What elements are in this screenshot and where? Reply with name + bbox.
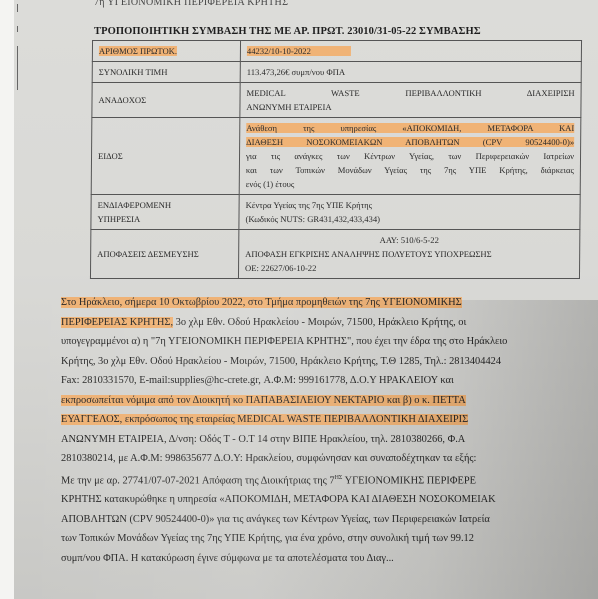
body-line: ΕΥΑΓΓΕΛΟΣ, εκπρόσωπος της εταιρείας MEDI… <box>61 410 598 430</box>
margin-marks <box>17 4 18 104</box>
body-line: Fax: 2810331570, E-mail:supplies@hc-cret… <box>61 371 598 391</box>
table-row-contractor: ΑΝΑΔΟΧΟΣ MEDICAL WASTE ΠΕΡΙΒΑΛΛΟΝΤΙΚΗ ΔΙ… <box>92 83 581 118</box>
body-line: ΑΝΩΝΥΜΗ ΕΤΑΙΡΕΙΑ, Δ/νση: Οδός Τ - Ο.Τ 14… <box>61 430 598 450</box>
body-line: Στο Ηράκλειο, σήμερα 10 Οκτωβρίου 2022, … <box>61 293 598 313</box>
body-line: υπογεγραμμένοι α) η "7η ΥΓΕΙΟΝΟΜΙΚΗ ΠΕΡΙ… <box>61 332 598 352</box>
contractor-value: MEDICAL WASTE ΠΕΡΙΒΑΛΛΟΝΤΙΚΗ ΔΙΑΧΕΙΡΙΣΗ … <box>240 83 581 118</box>
commitment-value: ΑΑΥ: 510/6-5-22 ΑΠΟΦΑΣΗ ΕΓΚΡΙΣΗΣ ΑΝΑΛΗΨΗ… <box>238 230 579 279</box>
total-price-value: 113.473,26€ συμπ/νου ΦΠΑ <box>240 62 581 83</box>
item-value: Ανάθεση της υπηρεσίας «ΑΠΟΚΟΜΙΔΗ, ΜΕΤΑΦΟ… <box>239 118 581 195</box>
item-label: ΕΙΔΟΣ <box>91 118 240 195</box>
contract-body: Στο Ηράκλειο, σήμερα 10 Οκτωβρίου 2022, … <box>61 293 598 568</box>
table-row-commitment-decisions: ΑΠΟΦΑΣΕΙΣ ΔΕΣΜΕΥΣΗΣ ΑΑΥ: 510/6-5-22 ΑΠΟΦ… <box>90 230 579 279</box>
body-line: συμπ/νου ΦΠΑ. Η κατακύρωση έγινε σύμφωνα… <box>61 549 598 569</box>
body-line: Κρήτης, 3ο χλμ Εθν. Οδού Ηρακλείου - Μοι… <box>61 352 598 372</box>
commitment-label: ΑΠΟΦΑΣΕΙΣ ΔΕΣΜΕΥΣΗΣ <box>90 230 238 279</box>
body-line: ΠΕΡΙΦΕΡΕΙΑΣ ΚΡΗΤΗΣ, 3ο χλμ Εθν. Οδού Ηρα… <box>61 313 598 333</box>
contract-summary-table: ΑΡΙΘΜΟΣ ΠΡΩΤΟΚ. 44232/10-10-2022 ΣΥΝΟΛΙΚ… <box>90 40 582 279</box>
contractor-label: ΑΝΑΔΟΧΟΣ <box>92 83 240 118</box>
protocol-value: 44232/10-10-2022 <box>240 41 581 62</box>
table-row-total-price: ΣΥΝΟΛΙΚΗ ΤΙΜΗ 113.473,26€ συμπ/νου ΦΠΑ <box>92 62 581 83</box>
body-line: 2810380214, με Α.Φ.Μ: 998635677 Δ.Ο.Υ: Η… <box>61 449 598 469</box>
body-line: εκπροσωπείται νόμιμα από τον Διοικητή κο… <box>61 391 598 411</box>
body-line: ΑΠΟΒΛΗΤΩΝ (CPV 90524400-0)» για τις ανάγ… <box>61 510 598 530</box>
table-row-protocol-number: ΑΡΙΘΜΟΣ ΠΡΩΤΟΚ. 44232/10-10-2022 <box>92 41 581 62</box>
table-row-item: ΕΙΔΟΣ Ανάθεση της υπηρεσίας «ΑΠΟΚΟΜΙΔΗ, … <box>91 118 581 195</box>
body-line: Με την με αρ. 27741/07-07-2021 Απόφαση τ… <box>61 469 598 491</box>
table-row-service: ΕΝΔΙΑΦΕΡΟΜΕΝΗ ΥΠΗΡΕΣΙΑ Κέντρα Υγείας της… <box>91 195 580 230</box>
header-authority: 7η ΥΓΕΙΟΝΟΜΙΚΗ ΠΕΡΙΦΕΡΕΙΑ ΚΡΗΤΗΣ <box>94 0 288 8</box>
body-line: των Τοπικών Μονάδων Υγείας της 7ης ΥΠΕ Κ… <box>61 529 598 549</box>
service-label: ΕΝΔΙΑΦΕΡΟΜΕΝΗ ΥΠΗΡΕΣΙΑ <box>91 195 239 230</box>
body-line: ΚΡΗΤΗΣ κατακυρώθηκε η υπηρεσία «ΑΠΟΚΟΜΙΔ… <box>61 490 598 510</box>
service-value: Κέντρα Υγείας της 7ης ΥΠΕ Κρήτης (Κωδικό… <box>239 195 580 230</box>
total-price-label: ΣΥΝΟΛΙΚΗ ΤΙΜΗ <box>92 62 240 83</box>
document-title: ΤΡΟΠΟΠΟΙΗΤΙΚΗ ΣΥΜΒΑΣΗ ΤΗΣ ΜΕ ΑΡ. ΠΡΩΤ. 2… <box>94 26 481 37</box>
scanned-page: 7η ΥΓΕΙΟΝΟΜΙΚΗ ΠΕΡΙΦΕΡΕΙΑ ΚΡΗΤΗΣ ΤΡΟΠΟΠΟ… <box>14 0 598 599</box>
protocol-label: ΑΡΙΘΜΟΣ ΠΡΩΤΟΚ. <box>92 41 240 62</box>
